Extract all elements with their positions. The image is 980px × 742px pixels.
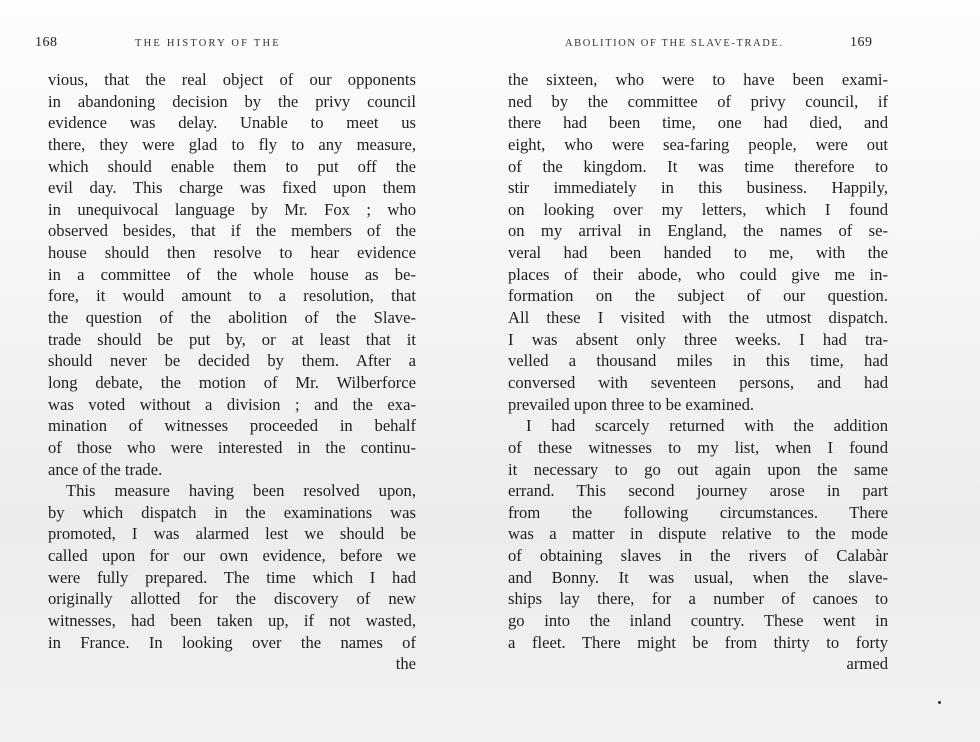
text-line: which should enable them to put off the bbox=[48, 156, 416, 178]
text-line: observed besides, that if the members of… bbox=[48, 220, 416, 242]
text-line: the question of the abolition of the Sla… bbox=[48, 307, 416, 329]
text-line: was a matter in dispute relative to the … bbox=[508, 523, 888, 545]
text-line: were fully prepared. The time which I ha… bbox=[48, 567, 416, 589]
text-line: in a committee of the whole house as be- bbox=[48, 264, 416, 286]
text-line: of these witnesses to my list, when I fo… bbox=[508, 437, 888, 459]
right-page-text: the sixteen, who were to have been exami… bbox=[508, 69, 888, 675]
catchword-left: the bbox=[48, 653, 416, 675]
text-line: called upon for our own evidence, before… bbox=[48, 545, 416, 567]
paragraph-start-line: I had scarcely returned with the additio… bbox=[508, 415, 888, 437]
text-line: witnesses, had been taken up, if not was… bbox=[48, 610, 416, 632]
text-line: mination of witnesses proceeded in behal… bbox=[48, 415, 416, 437]
text-line: on my arrival in England, the names of s… bbox=[508, 220, 888, 242]
text-line: there, they were glad to fly to any meas… bbox=[48, 134, 416, 156]
text-line: stir immediately in this business. Happi… bbox=[508, 177, 888, 199]
text-line: a fleet. There might be from thirty to f… bbox=[508, 632, 888, 654]
text-line: promoted, I was alarmed lest we should b… bbox=[48, 523, 416, 545]
text-line: in France. In looking over the names of bbox=[48, 632, 416, 654]
text-line: originally allotted for the discovery of… bbox=[48, 588, 416, 610]
text-line: was voted without a division ; and the e… bbox=[48, 394, 416, 416]
text-line: in unequivocal language by Mr. Fox ; who bbox=[48, 199, 416, 221]
text-line: veral had been handed to me, with the bbox=[508, 242, 888, 264]
text-line: in abandoning decision by the privy coun… bbox=[48, 91, 416, 113]
text-line: evidence was delay. Unable to meet us bbox=[48, 112, 416, 134]
text-line: All these I visited with the utmost disp… bbox=[508, 307, 888, 329]
text-line: formation on the subject of our question… bbox=[508, 285, 888, 307]
text-line: I was absent only three weeks. I had tra… bbox=[508, 329, 888, 351]
text-line: evil day. This charge was fixed upon the… bbox=[48, 177, 416, 199]
text-line: of obtaining slaves in the rivers of Cal… bbox=[508, 545, 888, 567]
text-line: ance of the trade. bbox=[48, 459, 416, 481]
text-line: of the kingdom. It was time therefore to bbox=[508, 156, 888, 178]
text-line: velled a thousand miles in this time, ha… bbox=[508, 350, 888, 372]
text-line: of those who were interested in the cont… bbox=[48, 437, 416, 459]
left-page: 168 THE HISTORY OF THE vious, that the r… bbox=[0, 0, 490, 742]
text-line: ned by the committee of privy council, i… bbox=[508, 91, 888, 113]
text-line: trade should be put by, or at least that… bbox=[48, 329, 416, 351]
text-line: on looking over my letters, which I foun… bbox=[508, 199, 888, 221]
book-spread: 168 THE HISTORY OF THE vious, that the r… bbox=[0, 0, 980, 742]
catchword-right: armed bbox=[508, 653, 888, 675]
page-number-right: 169 bbox=[850, 35, 873, 51]
text-line: prevailed upon three to be examined. bbox=[508, 394, 888, 416]
running-head-right: ABOLITION OF THE SLAVE-TRADE. bbox=[565, 38, 784, 49]
text-line: eight, who were sea-faring people, were … bbox=[508, 134, 888, 156]
text-line: there had been time, one had died, and bbox=[508, 112, 888, 134]
text-line: errand. This second journey arose in par… bbox=[508, 480, 888, 502]
text-line: should never be decided by them. After a bbox=[48, 350, 416, 372]
left-page-text: vious, that the real object of our oppon… bbox=[48, 69, 416, 675]
text-line: the sixteen, who were to have been exami… bbox=[508, 69, 888, 91]
right-page: ABOLITION OF THE SLAVE-TRADE. 169 the si… bbox=[490, 0, 980, 742]
text-line: places of their abode, who could give me… bbox=[508, 264, 888, 286]
text-line: go into the inland country. These went i… bbox=[508, 610, 888, 632]
text-line: it necessary to go out again upon the sa… bbox=[508, 459, 888, 481]
text-line: fore, it would amount to a resolution, t… bbox=[48, 285, 416, 307]
text-line: by which dispatch in the examinations wa… bbox=[48, 502, 416, 524]
text-line: ships lay there, for a number of canoes … bbox=[508, 588, 888, 610]
text-line: conversed with seventeen persons, and ha… bbox=[508, 372, 888, 394]
text-line: long debate, the motion of Mr. Wilberfor… bbox=[48, 372, 416, 394]
running-head-left: THE HISTORY OF THE bbox=[135, 38, 281, 49]
text-line: vious, that the real object of our oppon… bbox=[48, 69, 416, 91]
scan-speck bbox=[938, 701, 941, 704]
page-number-left: 168 bbox=[35, 35, 58, 51]
text-line: and Bonny. It was usual, when the slave- bbox=[508, 567, 888, 589]
text-line: house should then resolve to hear eviden… bbox=[48, 242, 416, 264]
text-line: from the following circumstances. There bbox=[508, 502, 888, 524]
paragraph-start-line: This measure having been resolved upon, bbox=[48, 480, 416, 502]
